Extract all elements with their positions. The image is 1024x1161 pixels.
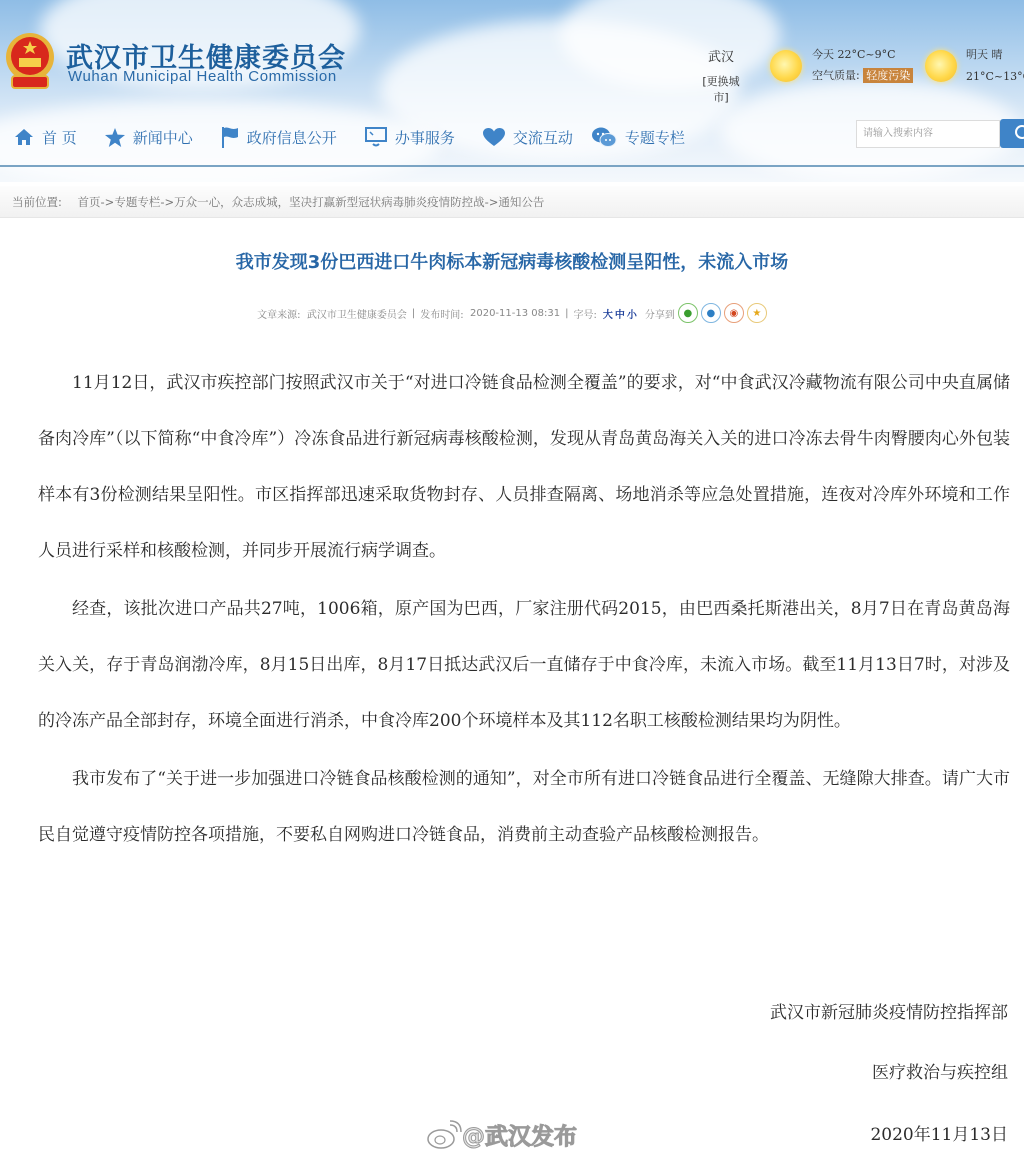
air-quality-label: 空气质量: bbox=[812, 69, 860, 82]
breadcrumb-path[interactable]: 首页->专题专栏->万众一心，众志成城，坚决打赢新型冠状病毒肺炎疫情防控战->通… bbox=[78, 195, 545, 209]
nav-label: 首 页 bbox=[42, 127, 77, 148]
share-favorite-icon[interactable]: ★ bbox=[747, 303, 767, 323]
air-quality: 空气质量: 轻度污染 bbox=[812, 67, 913, 83]
nav-divider bbox=[0, 165, 1024, 167]
tomorrow-temp: 21°C~13°C bbox=[966, 70, 1024, 83]
air-quality-badge: 轻度污染 bbox=[863, 68, 913, 83]
signature-org: 武汉市新冠肺炎疫情防控指挥部 bbox=[770, 998, 1008, 1023]
nav-label: 办事服务 bbox=[395, 127, 455, 148]
nav-item-news[interactable]: 新闻中心 bbox=[105, 127, 193, 148]
weather-city: 武汉 [更换城市] bbox=[695, 46, 747, 105]
star-icon bbox=[105, 128, 125, 147]
site-header: 武汉市卫生健康委员会 Wuhan Municipal Health Commis… bbox=[0, 0, 1024, 182]
search-icon bbox=[1000, 119, 1024, 148]
site-logo-subtitle: Wuhan Municipal Health Commission bbox=[68, 68, 337, 85]
nav-label: 新闻中心 bbox=[133, 127, 193, 148]
source-label: 文章来源: bbox=[257, 306, 300, 321]
watermark-text: @武汉发布 bbox=[462, 1118, 577, 1151]
breadcrumb-label: 当前位置: bbox=[12, 195, 62, 209]
flag-icon bbox=[221, 126, 239, 148]
nav-item-home[interactable]: 首 页 bbox=[14, 127, 77, 148]
weibo-watermark: @武汉发布 bbox=[426, 1118, 577, 1151]
tomorrow-label: 明天 bbox=[966, 48, 988, 61]
article-paragraph: 经查，该批次进口产品共27吨，1006箱，原产国为巴西，厂家注册代码2015，由… bbox=[38, 581, 1010, 749]
share-wechat-icon[interactable]: ● bbox=[678, 303, 698, 323]
font-size-label: 字号: bbox=[573, 306, 596, 321]
nav-item-interaction[interactable]: 交流互动 bbox=[483, 127, 573, 148]
sun-icon bbox=[770, 50, 802, 82]
nav-label: 交流互动 bbox=[513, 127, 573, 148]
share-qq-icon[interactable]: ● bbox=[701, 303, 721, 323]
published-label: 发布时间: bbox=[420, 306, 463, 321]
nav-item-services[interactable]: 办事服务 bbox=[365, 127, 455, 148]
meta-separator: | bbox=[565, 308, 568, 319]
article-paragraph: 我市发布了“关于进一步加强进口冷链食品核酸检测的通知”，对全市所有进口冷链食品进… bbox=[38, 751, 1010, 863]
today-temp: 22°C~9°C bbox=[838, 48, 896, 61]
published-time: 2020-11-13 08:31 bbox=[470, 308, 560, 319]
search-input[interactable]: 请输入搜索内容 bbox=[856, 120, 1000, 148]
heart-icon bbox=[483, 128, 505, 147]
breadcrumb: 当前位置: 首页->专题专栏->万众一心，众志成城，坚决打赢新型冠状病毒肺炎疫情… bbox=[0, 186, 1024, 218]
signature-date: 2020年11月13日 bbox=[870, 1120, 1008, 1145]
article-paragraph: 11月12日，武汉市疾控部门按照武汉市关于“对进口冷链食品检测全覆盖”的要求，对… bbox=[38, 355, 1010, 579]
article-meta: 文章来源: 武汉市卫生健康委员会 | 发布时间: 2020-11-13 08:3… bbox=[0, 303, 1024, 323]
national-emblem-icon bbox=[4, 30, 56, 92]
today-label: 今天 bbox=[812, 48, 834, 61]
nav-label: 政府信息公开 bbox=[247, 127, 337, 148]
change-city-link[interactable]: [更换城市] bbox=[695, 73, 747, 105]
article-body: 11月12日，武汉市疾控部门按照武汉市关于“对进口冷链食品检测全覆盖”的要求，对… bbox=[38, 355, 1010, 863]
nav-item-topics[interactable]: 专题专栏 bbox=[591, 126, 685, 148]
today-weather: 今天 22°C~9°C bbox=[812, 46, 896, 62]
tomorrow-condition: 晴 bbox=[992, 48, 1003, 61]
search-button[interactable] bbox=[1000, 119, 1024, 148]
article-title: 我市发现3份巴西进口牛肉标本新冠病毒核酸检测呈阳性，未流入市场 bbox=[0, 248, 1024, 274]
tomorrow-weather: 明天 晴 bbox=[966, 46, 1003, 62]
weibo-icon bbox=[426, 1120, 462, 1150]
share-label: 分享到 bbox=[645, 306, 675, 321]
nav-item-gov-info[interactable]: 政府信息公开 bbox=[221, 126, 337, 148]
meta-separator: | bbox=[412, 308, 415, 319]
home-icon bbox=[14, 128, 34, 146]
share-weibo-icon[interactable]: ◉ bbox=[724, 303, 744, 323]
signature-group: 医疗救治与疾控组 bbox=[872, 1058, 1008, 1083]
font-size-toggle[interactable]: 大中小 bbox=[603, 306, 639, 321]
city-name: 武汉 bbox=[695, 46, 747, 65]
chat-icon bbox=[591, 126, 617, 148]
sun-icon bbox=[925, 50, 957, 82]
article-source: 武汉市卫生健康委员会 bbox=[307, 306, 407, 321]
monitor-icon bbox=[365, 127, 387, 147]
nav-label: 专题专栏 bbox=[625, 127, 685, 148]
